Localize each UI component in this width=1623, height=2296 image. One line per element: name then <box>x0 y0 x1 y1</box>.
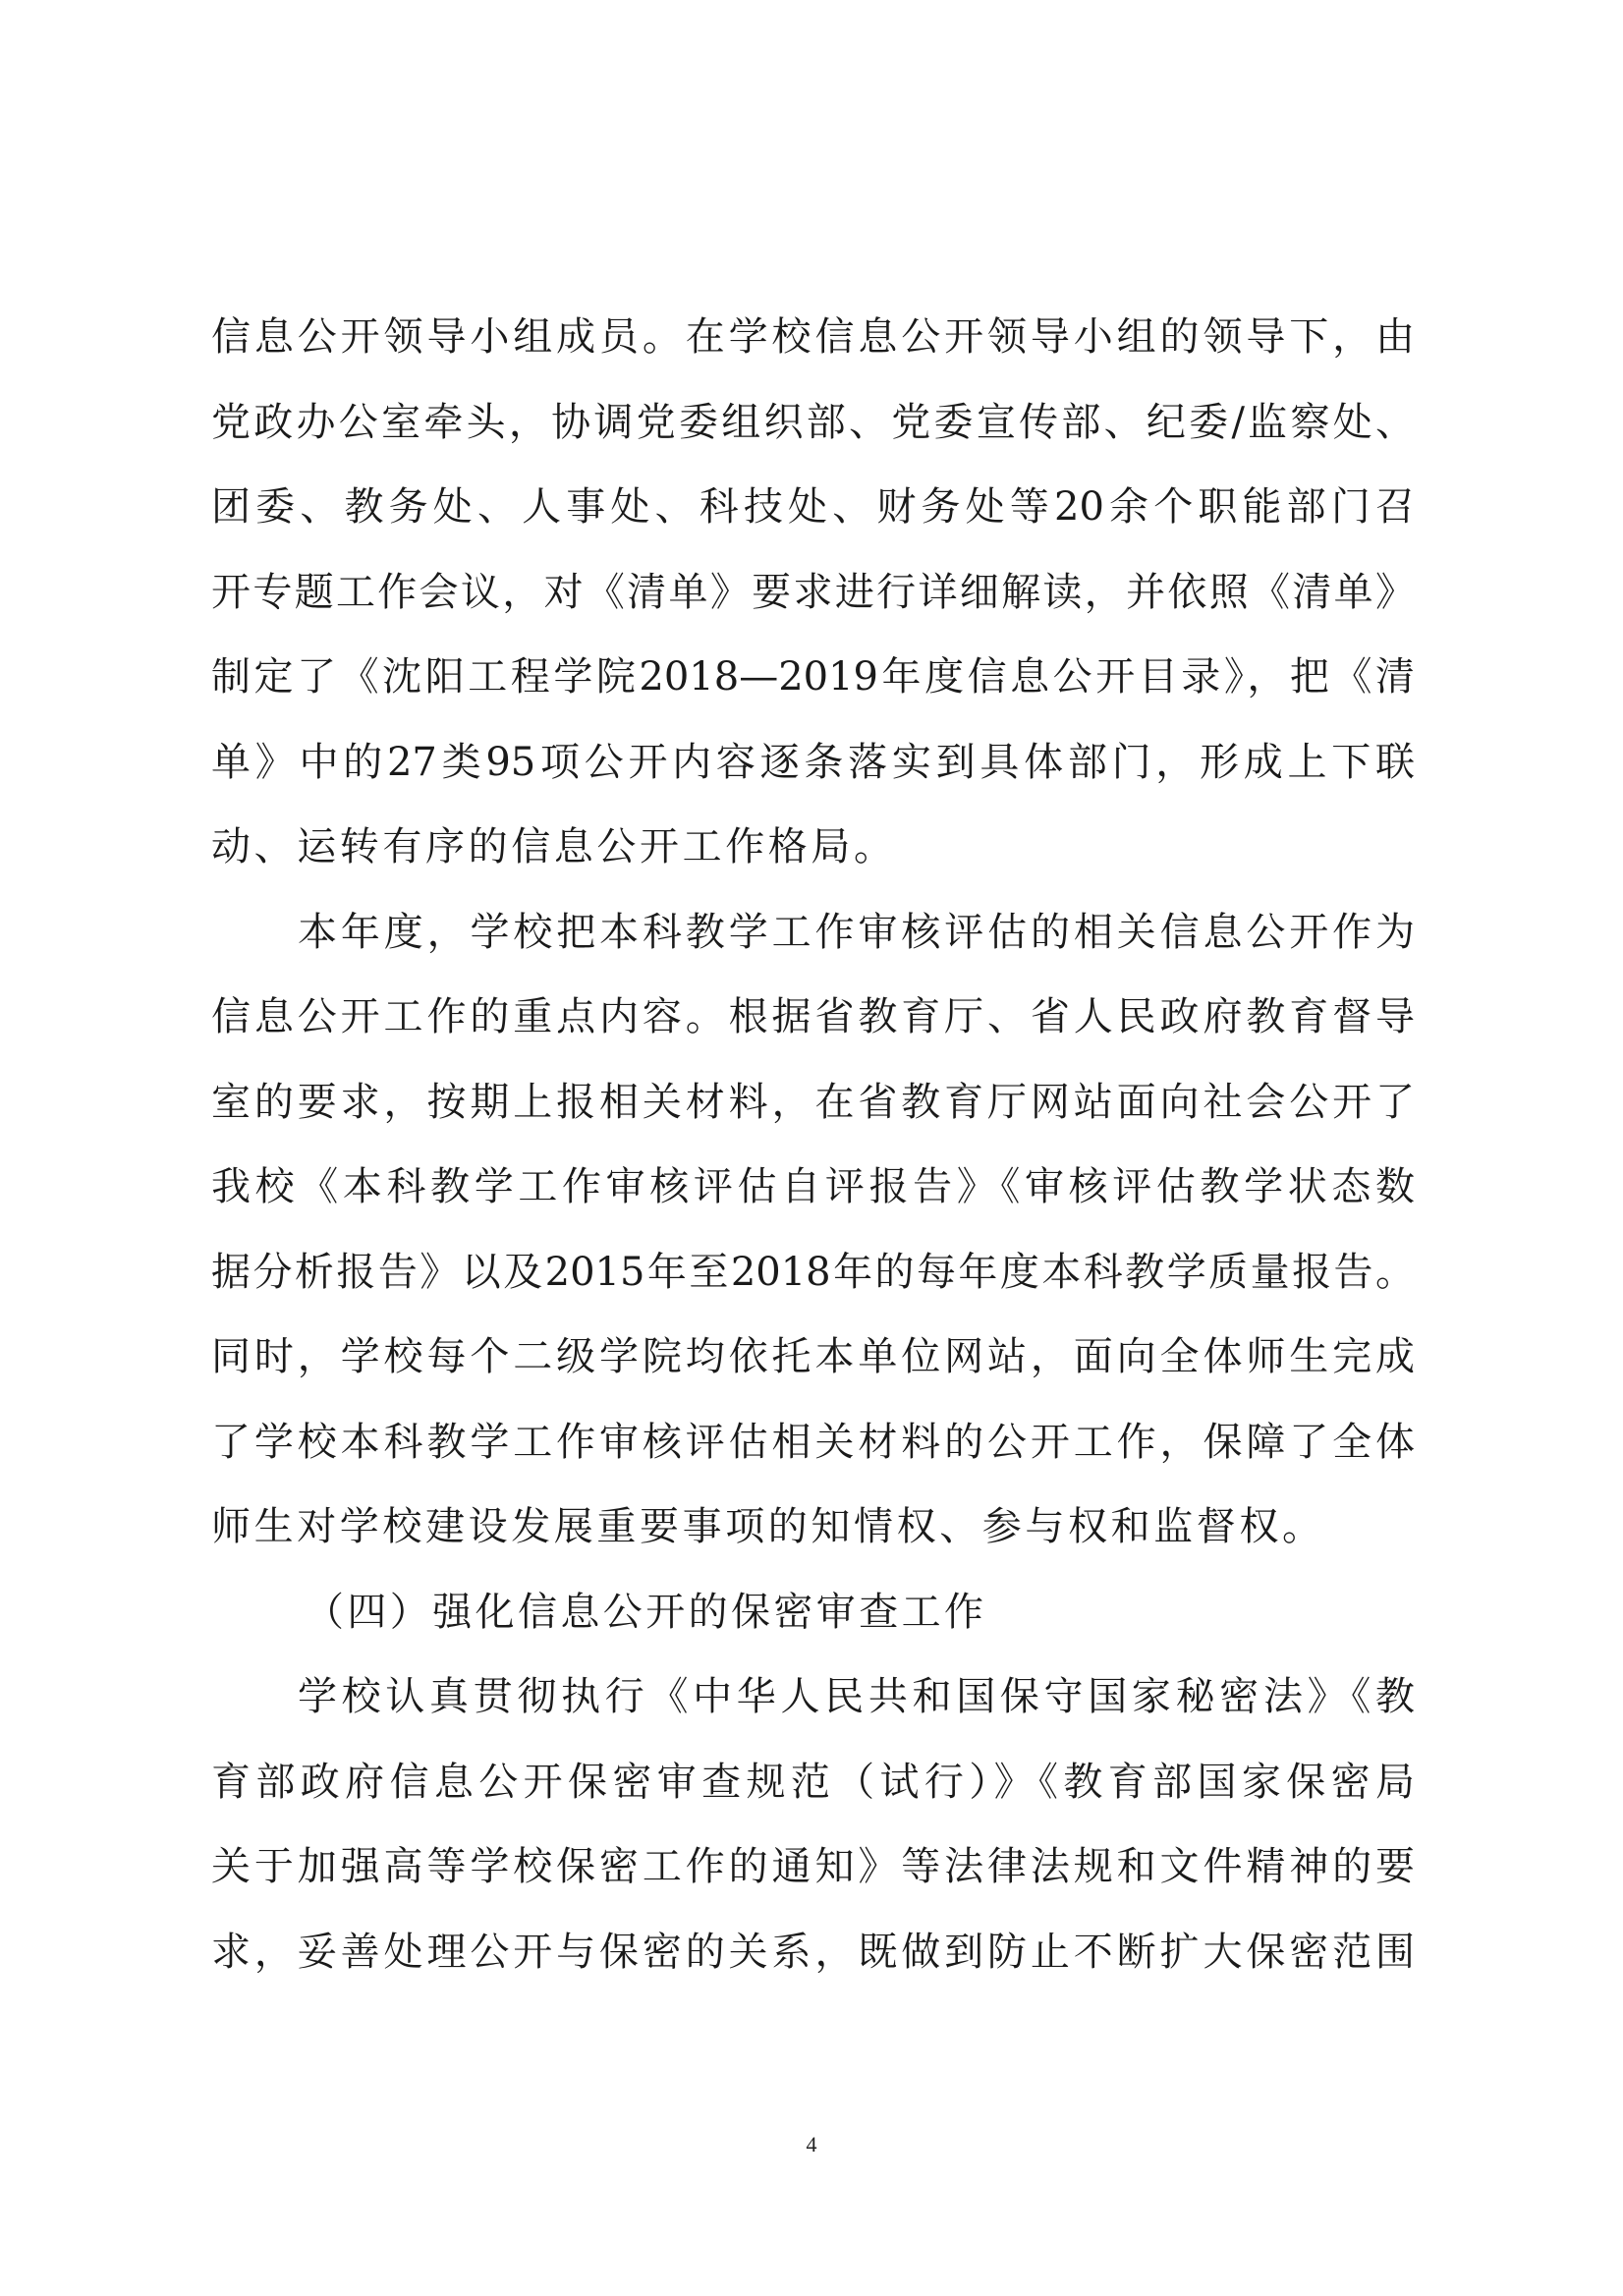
body-text: 信息公开领导小组成员。在学校信息公开领导小组的领导下，由 党政办公室牵头，协调党… <box>211 312 1415 2012</box>
text-line: 我校《本科教学工作审核评估自评报告》《审核评估教学状态数 <box>211 1162 1415 1248</box>
heading-text: （四）强化信息公开的保密审查工作 <box>211 1588 1415 1673</box>
text-line: 学校认真贯彻执行《中华人民共和国保守国家秘密法》《教 <box>211 1672 1415 1758</box>
text-line: 求，妥善处理公开与保密的关系，既做到防止不断扩大保密范围 <box>211 1928 1415 2013</box>
text-line: 同时，学校每个二级学院均依托本单位网站，面向全体师生完成 <box>211 1332 1415 1418</box>
page-number: 4 <box>0 2132 1623 2157</box>
text-line: 制定了《沈阳工程学院2018—2019年度信息公开目录》，把《清 <box>211 652 1415 738</box>
text-line: 了学校本科教学工作审核评估相关材料的公开工作，保障了全体 <box>211 1418 1415 1503</box>
text-line: 动、运转有序的信息公开工作格局。 <box>211 822 1415 908</box>
paragraph-continuation: 信息公开领导小组成员。在学校信息公开领导小组的领导下，由 党政办公室牵头，协调党… <box>211 312 1415 908</box>
text-line: 开专题工作会议，对《清单》要求进行详细解读，并依照《清单》 <box>211 568 1415 653</box>
text-line: 信息公开领导小组成员。在学校信息公开领导小组的领导下，由 <box>211 312 1415 398</box>
text-line: 师生对学校建设发展重要事项的知情权、参与权和监督权。 <box>211 1502 1415 1588</box>
text-line: 育部政府信息公开保密审查规范（试行）》《教育部国家保密局 <box>211 1758 1415 1843</box>
section-heading: （四）强化信息公开的保密审查工作 <box>211 1588 1415 1673</box>
text-line: 关于加强高等学校保密工作的通知》等法律法规和文件精神的要 <box>211 1842 1415 1928</box>
text-line: 党政办公室牵头，协调党委组织部、党委宣传部、纪委/监察处、 <box>211 398 1415 483</box>
text-line: 据分析报告》以及2015年至2018年的每年度本科教学质量报告。 <box>211 1248 1415 1333</box>
text-line: 本年度，学校把本科教学工作审核评估的相关信息公开作为 <box>211 908 1415 993</box>
paragraph-assessment-disclosure: 本年度，学校把本科教学工作审核评估的相关信息公开作为 信息公开工作的重点内容。根… <box>211 908 1415 1588</box>
paragraph-confidentiality-review: 学校认真贯彻执行《中华人民共和国保守国家秘密法》《教 育部政府信息公开保密审查规… <box>211 1672 1415 2012</box>
text-line: 室的要求，按期上报相关材料，在省教育厅网站面向社会公开了 <box>211 1078 1415 1163</box>
text-line: 信息公开工作的重点内容。根据省教育厅、省人民政府教育督导 <box>211 992 1415 1078</box>
text-line: 团委、教务处、人事处、科技处、财务处等20余个职能部门召 <box>211 482 1415 568</box>
document-page: 信息公开领导小组成员。在学校信息公开领导小组的领导下，由 党政办公室牵头，协调党… <box>0 0 1623 2296</box>
text-line: 单》中的27类95项公开内容逐条落实到具体部门，形成上下联 <box>211 738 1415 823</box>
